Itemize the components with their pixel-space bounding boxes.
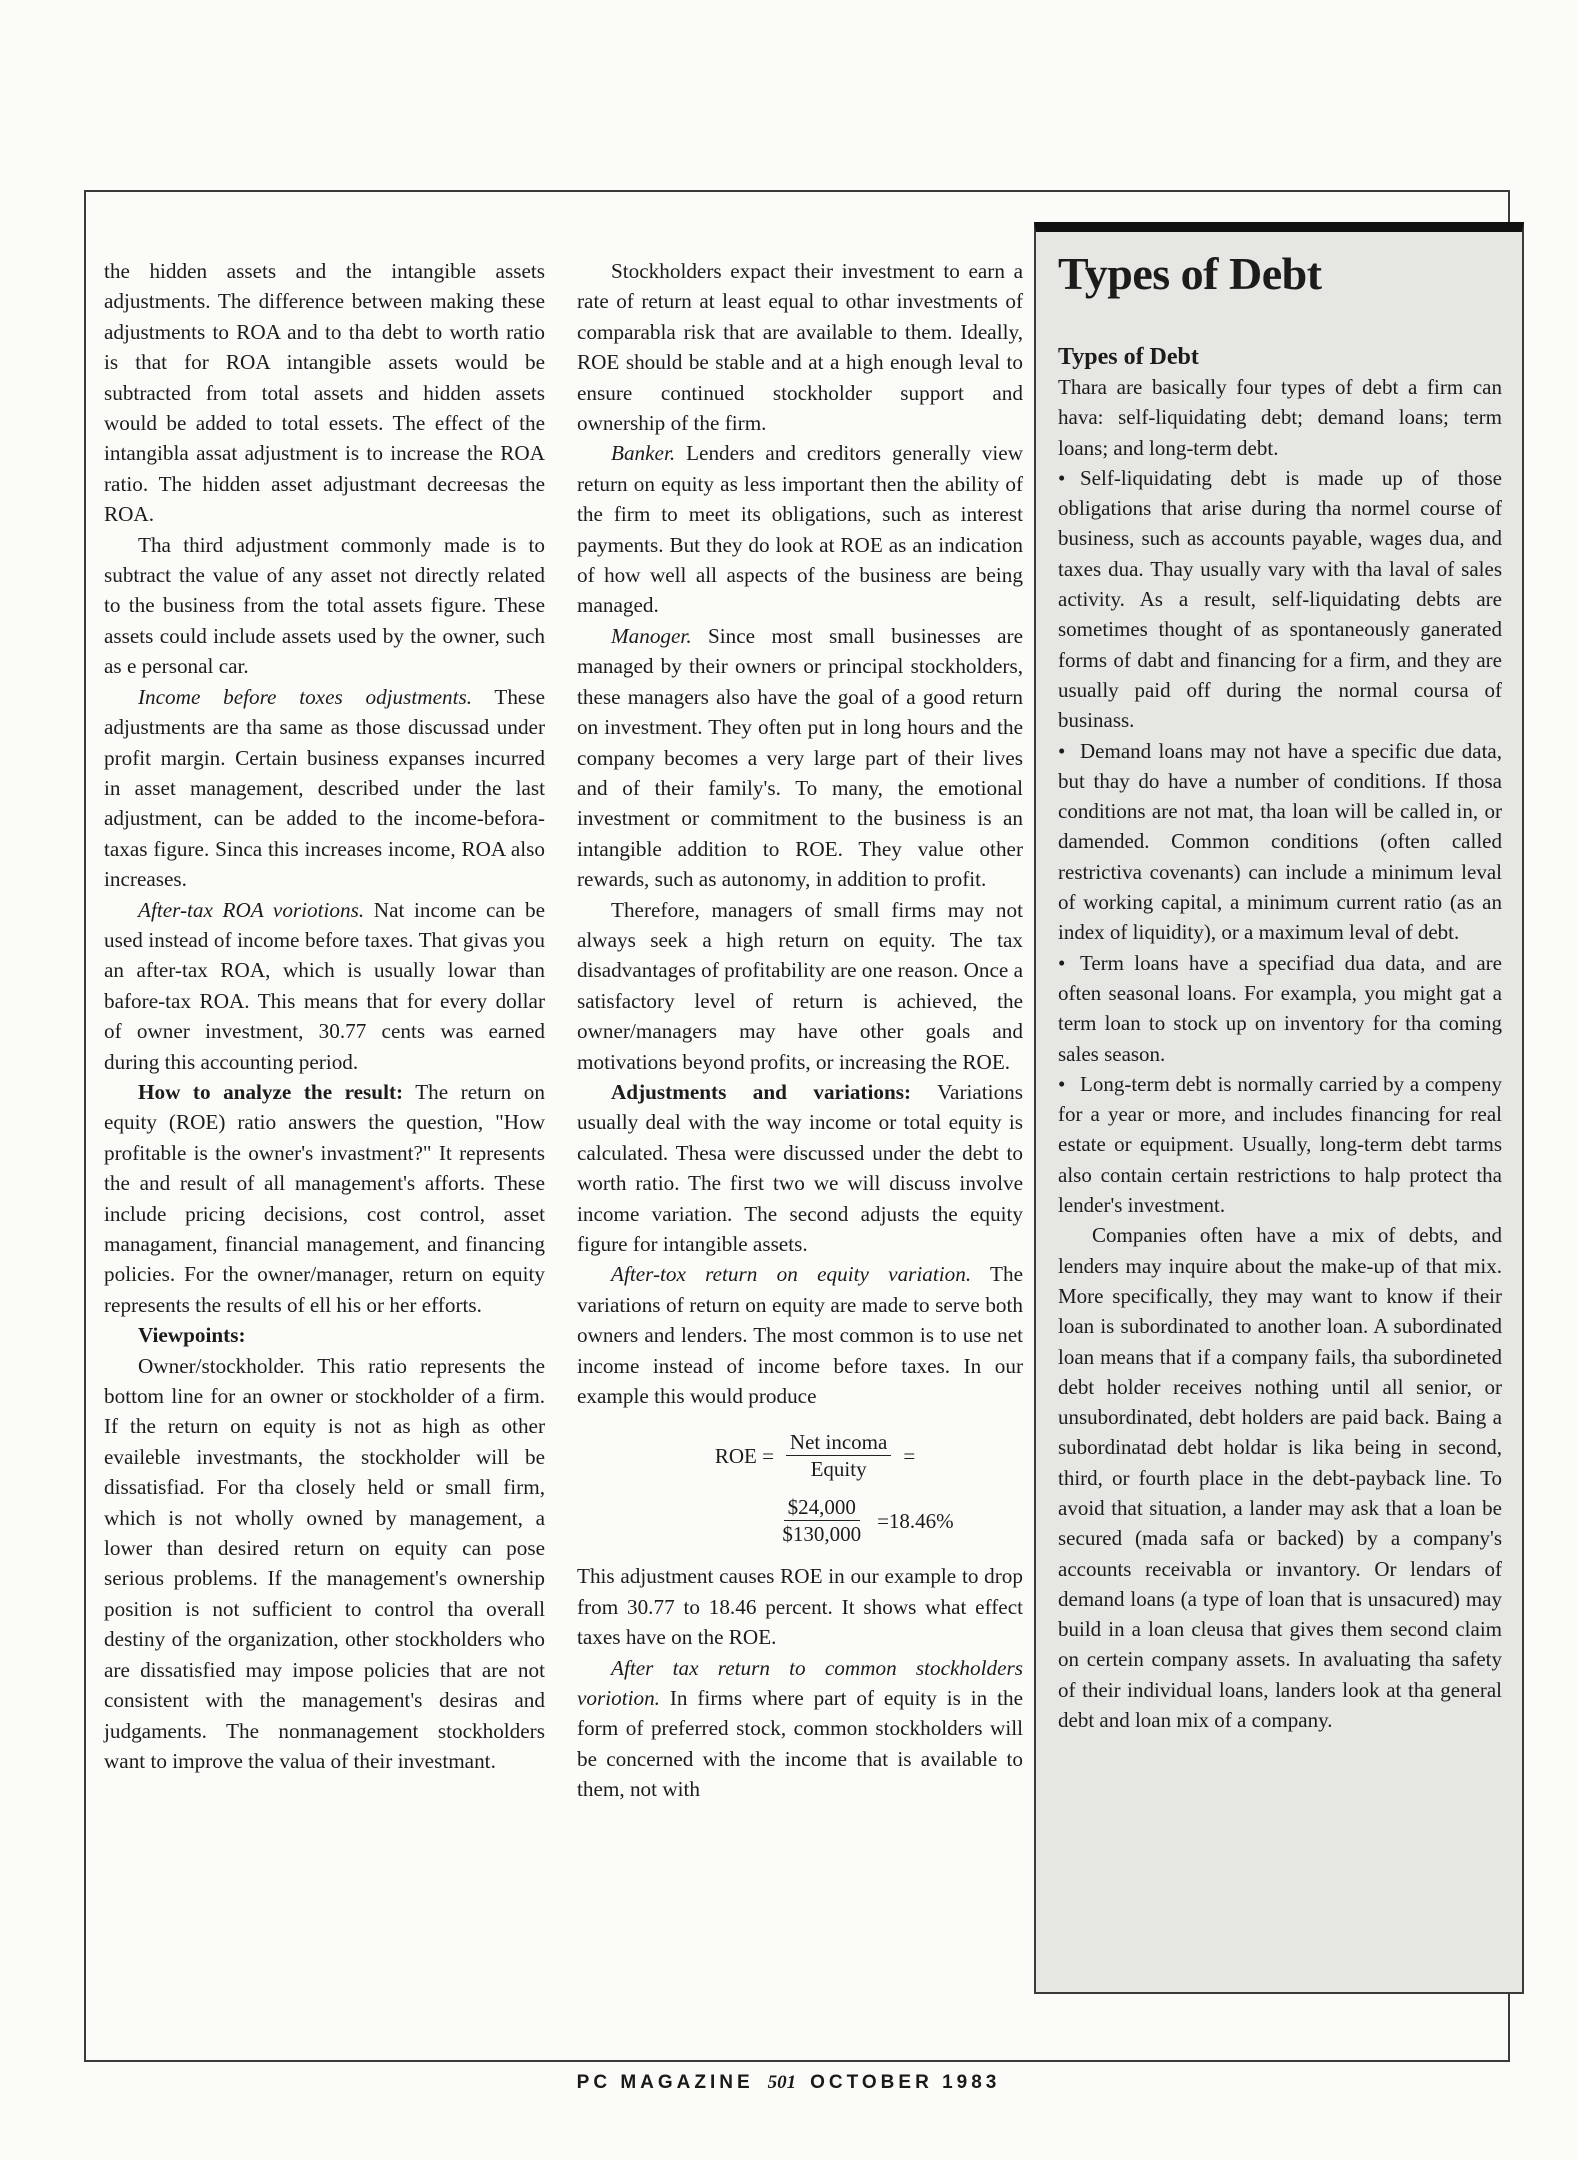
paragraph: After-tax ROA voriotions. Nat income can…: [104, 895, 545, 1077]
list-item: •Self-liquidating debt is made up of tho…: [1058, 463, 1502, 736]
denominator: Equity: [807, 1456, 871, 1482]
numerator: Net incoma: [786, 1429, 891, 1456]
bullet-icon: •: [1058, 1069, 1080, 1099]
paragraph: the hidden assets and the intangible ass…: [104, 256, 545, 530]
denominator: $130,000: [778, 1521, 865, 1547]
bullet-icon: •: [1058, 948, 1080, 978]
bullet-icon: •: [1058, 463, 1080, 493]
paragraph: Tha third adjustment commonly made is to…: [104, 530, 545, 682]
paragraph: This adjustment causes ROE in our exampl…: [577, 1561, 1023, 1652]
paragraph: Manoger. Since most small businesses are…: [577, 621, 1023, 895]
middle-column: Stockholders expact their investment to …: [577, 256, 1023, 1805]
paragraph: After tax return to common stockholders …: [577, 1653, 1023, 1805]
section-heading: Viewpoints:: [104, 1320, 545, 1350]
page-number: 501: [768, 2072, 797, 2093]
paragraph: Banker. Lenders and creditors generally …: [577, 438, 1023, 620]
run-in-heading: After-tox return on equity variation.: [611, 1262, 971, 1286]
formula-computation: $24,000 $130,000 =18.46%: [577, 1494, 1023, 1547]
run-in-heading: Banker.: [611, 441, 675, 465]
sidebar-closing: Companies often have a mix of debts, and…: [1058, 1220, 1502, 1735]
sidebar-intro: Thara are basically four types of debt a…: [1058, 372, 1502, 463]
list-item: •Long-term debt is normally carried by a…: [1058, 1069, 1502, 1220]
run-in-heading: Manoger.: [611, 624, 692, 648]
list-item: •Term loans have a specifiad dua data, a…: [1058, 948, 1502, 1069]
paragraph: Adjustments and variations: Variations u…: [577, 1077, 1023, 1259]
page-footer: PC MAGAZINE501OCTOBER 1983: [0, 2072, 1577, 2094]
paragraph: Stockholders expact their investment to …: [577, 256, 1023, 438]
paragraph: Income before toxes odjustments. These a…: [104, 682, 545, 895]
fraction: Net incoma Equity: [786, 1429, 891, 1482]
magazine-name: PC MAGAZINE: [577, 2072, 754, 2093]
formula-definition: ROE = Net incoma Equity =: [577, 1429, 1023, 1482]
issue-date: OCTOBER 1983: [810, 2072, 1000, 2093]
paragraph: Therefore, managers of small firms may n…: [577, 895, 1023, 1077]
paragraph: How to analyze the result: The return on…: [104, 1077, 545, 1320]
run-in-heading: Adjustments and variations:: [611, 1080, 911, 1104]
formula-result: =18.46%: [877, 1506, 954, 1536]
sidebar-box: Types of Debt Types of Debt Thara are ba…: [1034, 222, 1524, 1994]
numerator: $24,000: [784, 1494, 860, 1521]
run-in-heading: After-tax ROA voriotions.: [138, 898, 364, 922]
sidebar-body: Types of Debt Thara are basically four t…: [1058, 342, 1502, 1735]
run-in-heading: Income before toxes odjustments.: [138, 685, 472, 709]
fraction: $24,000 $130,000: [778, 1494, 865, 1547]
bullet-icon: •: [1058, 736, 1080, 766]
sidebar-title: Types of Debt: [1058, 244, 1322, 304]
sidebar-subtitle: Types of Debt: [1058, 342, 1502, 372]
run-in-heading: How to analyze the result:: [138, 1080, 403, 1104]
paragraph: After-tox return on equity variation. Th…: [577, 1259, 1023, 1411]
list-item: •Demand loans may not have a specific du…: [1058, 736, 1502, 948]
roe-formula: ROE = Net incoma Equity = $24,000 $130,0…: [577, 1429, 1023, 1547]
paragraph: Owner/stockholder. This ratio represents…: [104, 1351, 545, 1777]
left-column: the hidden assets and the intangible ass…: [104, 256, 545, 1776]
